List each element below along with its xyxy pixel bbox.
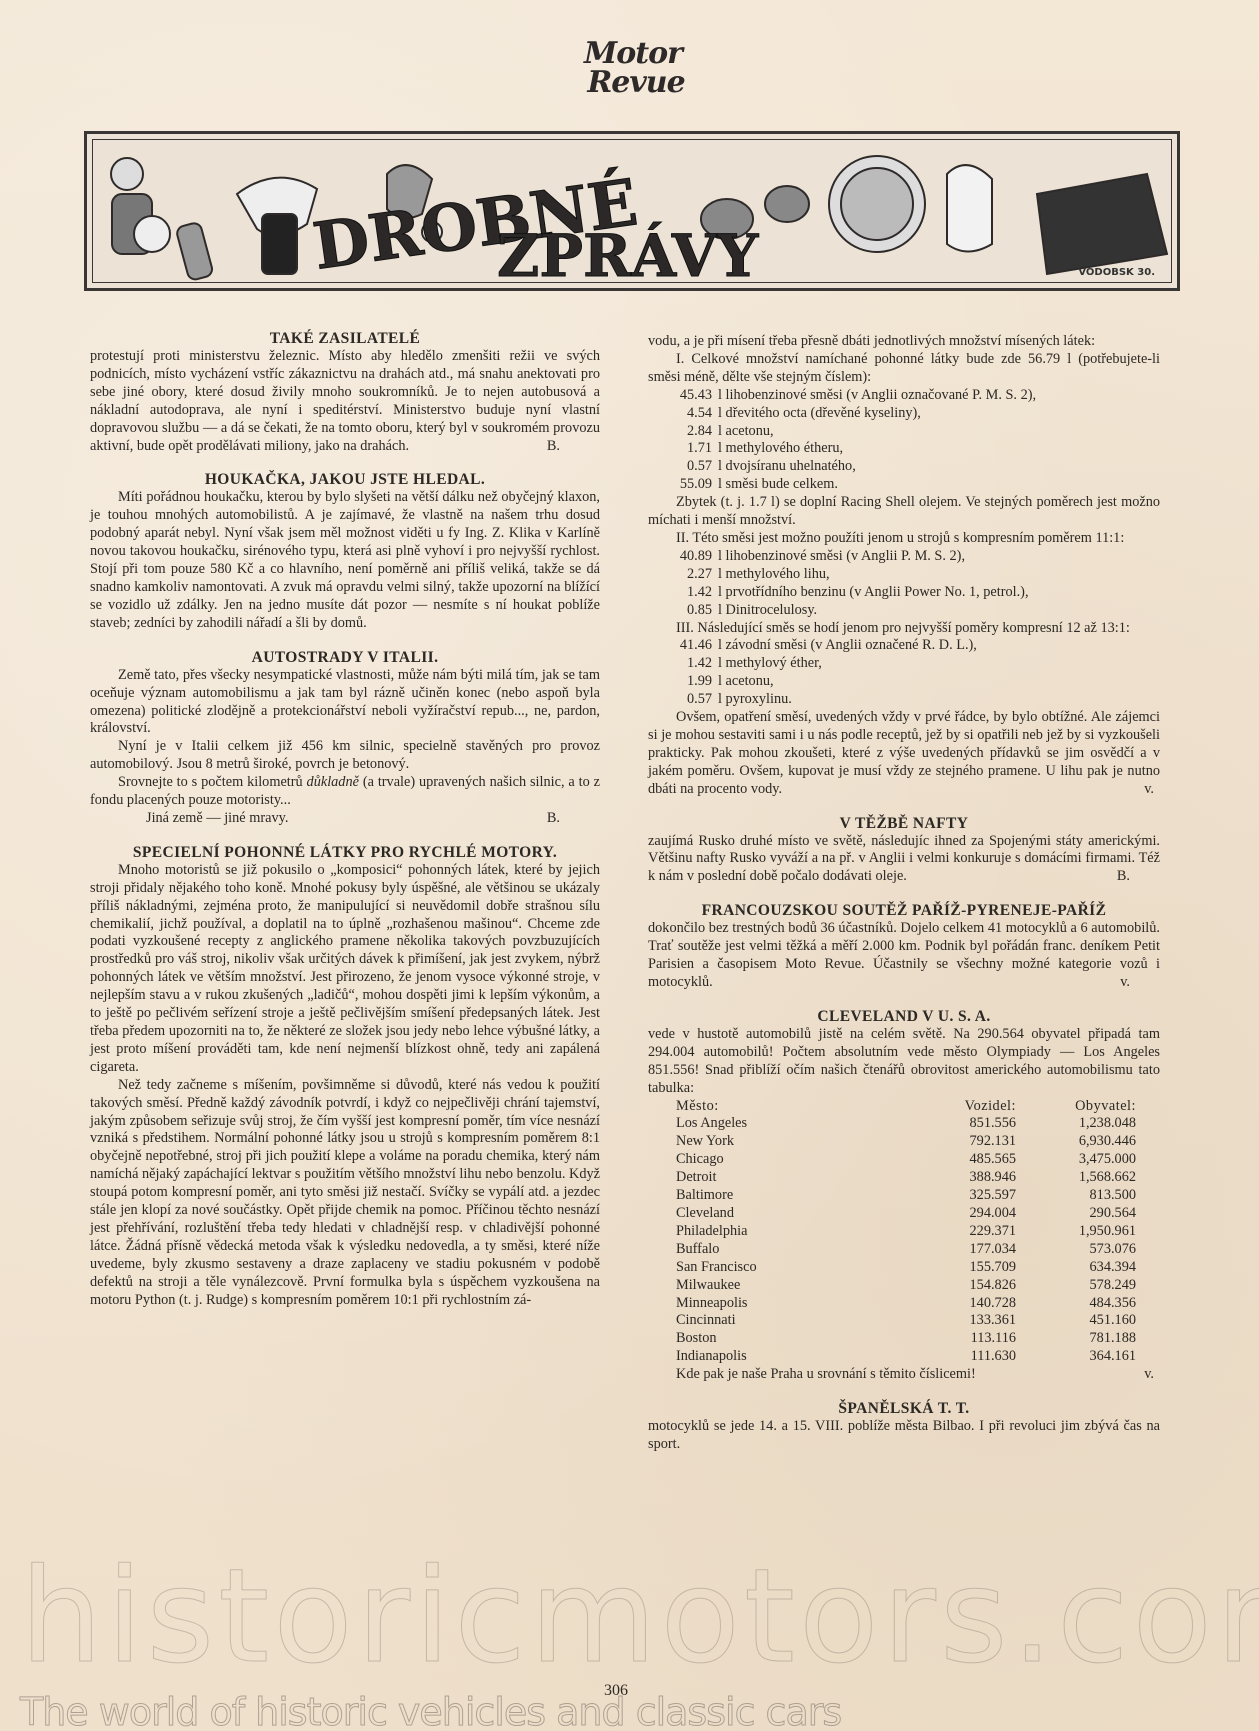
closing-line: Kde pak je naše Praha u srovnání s těmit…	[676, 1366, 976, 1384]
recipe-ingredient: l pyroxylinu.	[718, 691, 792, 709]
recipe-quantity: 0.85	[668, 602, 712, 620]
table-row: Detroit388.9461,568.662	[676, 1169, 1146, 1187]
population-count: 634.394	[1016, 1259, 1146, 1277]
table-row: Indianapolis111.630364.161	[676, 1348, 1146, 1366]
recipe-item: 1.71l methylového étheru,	[648, 440, 1160, 458]
vehicle-count: 113.116	[886, 1330, 1016, 1348]
vehicle-count: 140.728	[886, 1295, 1016, 1313]
city-name: Indianapolis	[676, 1348, 886, 1366]
article-autostrady-para2: Nyní je v Italii celkem již 456 km silni…	[90, 738, 600, 774]
recipe-ingredient: l Dinitrocelulosy.	[718, 602, 817, 620]
recipe-item: 0.85l Dinitrocelulosy.	[648, 602, 1160, 620]
recipe-item: 0.57l dvojsíranu uhelnatého,	[648, 458, 1160, 476]
heading-specielni-latky: SPECIELNÍ POHONNÉ LÁTKY PRO RYCHLÉ MOTOR…	[90, 844, 600, 862]
city-name: Los Angeles	[676, 1115, 886, 1133]
vehicle-count: 229.371	[886, 1223, 1016, 1241]
recipe-ingredient: l methylový éther,	[718, 655, 822, 673]
recipe-3-intro: III. Následující směs se hodí jenom pro …	[648, 620, 1160, 638]
population-count: 6,930.446	[1016, 1133, 1146, 1151]
recipe-quantity: 1.42	[668, 655, 712, 673]
recipe-ingredient: l směsi bude celkem.	[718, 476, 838, 494]
population-count: 781.188	[1016, 1330, 1146, 1348]
vehicle-count: 388.946	[886, 1169, 1016, 1187]
recipe-quantity: 0.57	[668, 458, 712, 476]
heading-francouzska-soutez: FRANCOUZSKOU SOUTĚŽ PAŘÍŽ-PYRENEJE-PAŘÍŽ	[648, 902, 1160, 920]
population-count: 813.500	[1016, 1187, 1146, 1205]
header-population: Obyvatel:	[1016, 1098, 1146, 1116]
article-signature: v.	[1144, 1366, 1160, 1384]
heading-cleveland: CLEVELAND V U. S. A.	[648, 1008, 1160, 1026]
latky-outro: Ovšem, opatření směsí, uvedených vždy v …	[648, 709, 1160, 799]
article-body: protestují proti ministerstvu železnic. …	[90, 348, 600, 455]
recipe-ingredient: l dřevitého octa (dřevěné kyseliny),	[718, 405, 921, 423]
recipe-1-intro: I. Celkové množství namíchané pohonné lá…	[648, 351, 1160, 387]
recipe-item: 4.54l dřevitého octa (dřevěné kyseliny),	[648, 405, 1160, 423]
recipe-item: 2.84l acetonu,	[648, 423, 1160, 441]
article-houkacka-body: Míti pořádnou houkačku, kterou by bylo s…	[90, 489, 600, 632]
recipe-item: 1.99l acetonu,	[648, 673, 1160, 691]
population-count: 484.356	[1016, 1295, 1146, 1313]
heading-autostrady: AUTOSTRADY V ITALII.	[90, 649, 600, 667]
recipe-quantity: 55.09	[668, 476, 712, 494]
banner-title-bottom: ZPRÁVY	[497, 222, 759, 288]
recipe-quantity: 1.71	[668, 440, 712, 458]
recipe-2-intro: II. Této směsi jest možno použíti jenom …	[648, 530, 1160, 548]
recipe-ingredient: l závodní směsi (v Anglii označené R. D.…	[718, 637, 977, 655]
recipe-ingredient: l methylového étheru,	[718, 440, 843, 458]
table-row: Buffalo177.034573.076	[676, 1241, 1146, 1259]
recipe-3-list: 41.46l závodní směsi (v Anglii označené …	[648, 637, 1160, 709]
article-autostrady-closing: Jiná země — jiné mravy. B.	[90, 810, 600, 828]
population-count: 364.161	[1016, 1348, 1146, 1366]
heading-take-zasilatele: TAKÉ ZASILATELÉ	[90, 330, 600, 348]
article-latky-para1: Mnoho motoristů se již pokusilo o „kompo…	[90, 862, 600, 1077]
table-row: New York792.1316,930.446	[676, 1133, 1146, 1151]
vehicle-count: 294.004	[886, 1205, 1016, 1223]
vehicle-count: 111.630	[886, 1348, 1016, 1366]
city-name: Cincinnati	[676, 1312, 886, 1330]
recipe-item: 1.42l methylový éther,	[648, 655, 1160, 673]
banner-illustration: DROBNÉ ZPRÁVY	[87, 134, 1177, 288]
heading-tezba-nafty: V TĚŽBĚ NAFTY	[648, 815, 1160, 833]
recipe-quantity: 1.42	[668, 584, 712, 602]
recipe-1-list: 45.43l lihobenzinové směsi (v Anglii ozn…	[648, 387, 1160, 494]
city-name: Philadelphia	[676, 1223, 886, 1241]
vehicle-count: 325.597	[886, 1187, 1016, 1205]
recipe-quantity: 2.27	[668, 566, 712, 584]
recipe-ingredient: l lihobenzinové směsi (v Anglii označova…	[718, 387, 1036, 405]
population-count: 1,238.048	[1016, 1115, 1146, 1133]
table-row: Philadelphia229.3711,950.961	[676, 1223, 1146, 1241]
article-cleveland-body: vede v hustotě automobilů jistě na celém…	[648, 1026, 1160, 1098]
recipe-quantity: 0.57	[668, 691, 712, 709]
city-vehicle-table: Město: Vozidel: Obyvatel: Los Angeles851…	[676, 1098, 1146, 1367]
city-name: Minneapolis	[676, 1295, 886, 1313]
recipe-item: 55.09l směsi bude celkem.	[648, 476, 1160, 494]
article-autostrady-para3: Srovnejte to s počtem kilometrů důkladně…	[90, 774, 600, 810]
table-body: Los Angeles851.5561,238.048New York792.1…	[676, 1115, 1146, 1366]
table-row: San Francisco155.709634.394	[676, 1259, 1146, 1277]
vehicle-count: 851.556	[886, 1115, 1016, 1133]
recipe-quantity: 41.46	[668, 637, 712, 655]
recipe-item: 2.27l methylového lihu,	[648, 566, 1160, 584]
population-count: 3,475.000	[1016, 1151, 1146, 1169]
population-count: 451.160	[1016, 1312, 1146, 1330]
recipe-1-outro: Zbytek (t. j. 1.7 l) se doplní Racing Sh…	[648, 494, 1160, 530]
section-banner: DROBNÉ ZPRÁVY VODOBSK 30.	[84, 131, 1180, 291]
vehicle-count: 133.361	[886, 1312, 1016, 1330]
population-count: 573.076	[1016, 1241, 1146, 1259]
table-row: Chicago485.5653,475.000	[676, 1151, 1146, 1169]
city-name: Milwaukee	[676, 1277, 886, 1295]
article-soutez-body: dokončilo bez trestných bodů 36 účastník…	[648, 920, 1160, 992]
latky-continuation: vodu, a je při mísení třeba přesně dbáti…	[648, 333, 1160, 351]
vehicle-count: 485.565	[886, 1151, 1016, 1169]
population-count: 1,568.662	[1016, 1169, 1146, 1187]
population-count: 578.249	[1016, 1277, 1146, 1295]
table-row: Minneapolis140.728484.356	[676, 1295, 1146, 1313]
article-signature: B.	[1117, 868, 1160, 886]
article-nafta-body: zaujímá Rusko druhé místo ve světě, násl…	[648, 833, 1160, 887]
recipe-ingredient: l lihobenzinové směsi (v Anglii P. M. S.…	[718, 548, 965, 566]
cleveland-closing: Kde pak je naše Praha u srovnání s těmit…	[648, 1366, 1160, 1384]
recipe-item: 0.57l pyroxylinu.	[648, 691, 1160, 709]
recipe-ingredient: l methylového lihu,	[718, 566, 830, 584]
recipe-quantity: 2.84	[668, 423, 712, 441]
recipe-quantity: 40.89	[668, 548, 712, 566]
recipe-quantity: 4.54	[668, 405, 712, 423]
recipe-ingredient: l acetonu,	[718, 423, 774, 441]
city-name: Boston	[676, 1330, 886, 1348]
city-name: Cleveland	[676, 1205, 886, 1223]
logo-line-2: Revue	[584, 69, 688, 98]
watermark-tagline: The world of historic vehicles and class…	[20, 1690, 841, 1731]
vehicle-count: 155.709	[886, 1259, 1016, 1277]
vehicle-count: 177.034	[886, 1241, 1016, 1259]
masthead-logo: Motor Revue	[578, 40, 688, 97]
left-column: TAKÉ ZASILATELÉ protestují proti ministe…	[90, 330, 600, 1310]
table-row: Baltimore325.597813.500	[676, 1187, 1146, 1205]
city-name: Baltimore	[676, 1187, 886, 1205]
recipe-ingredient: l dvojsíranu uhelnatého,	[718, 458, 856, 476]
city-name: Buffalo	[676, 1241, 886, 1259]
population-count: 1,950.961	[1016, 1223, 1146, 1241]
population-count: 290.564	[1016, 1205, 1146, 1223]
vehicle-count: 154.826	[886, 1277, 1016, 1295]
header-city: Město:	[676, 1098, 886, 1116]
city-name: Detroit	[676, 1169, 886, 1187]
table-row: Milwaukee154.826578.249	[676, 1277, 1146, 1295]
watermark-large: historicmotors.com	[20, 1540, 1259, 1692]
table-row: Cleveland294.004290.564	[676, 1205, 1146, 1223]
article-spanelska-body: motocyklů se jede 14. a 15. VIII. poblíž…	[648, 1418, 1160, 1454]
city-name: New York	[676, 1133, 886, 1151]
table-row: Los Angeles851.5561,238.048	[676, 1115, 1146, 1133]
heading-houkacka: HOUKAČKA, JAKOU JSTE HLEDAL.	[90, 471, 600, 489]
table-header: Město: Vozidel: Obyvatel:	[676, 1098, 1146, 1116]
recipe-quantity: 1.99	[668, 673, 712, 691]
heading-spanelska-tt: ŠPANĚLSKÁ T. T.	[648, 1400, 1160, 1418]
recipe-item: 1.42l prvotřídního benzinu (v Anglii Pow…	[648, 584, 1160, 602]
article-autostrady-para1: Země tato, přes všecky nesympatické vlas…	[90, 667, 600, 739]
city-name: San Francisco	[676, 1259, 886, 1277]
table-row: Cincinnati133.361451.160	[676, 1312, 1146, 1330]
header-vehicles: Vozidel:	[886, 1098, 1016, 1116]
closing-line: Jiná země — jiné mravy.	[118, 810, 288, 828]
table-row: Boston113.116781.188	[676, 1330, 1146, 1348]
vehicle-count: 792.131	[886, 1133, 1016, 1151]
city-name: Chicago	[676, 1151, 886, 1169]
article-signature: v.	[1120, 974, 1160, 992]
article-signature: B.	[547, 438, 600, 456]
article-signature: B.	[519, 810, 600, 828]
recipe-item: 40.89l lihobenzinové směsi (v Anglii P. …	[648, 548, 1160, 566]
recipe-ingredient: l acetonu,	[718, 673, 774, 691]
recipe-ingredient: l prvotřídního benzinu (v Anglii Power N…	[718, 584, 1029, 602]
right-column: vodu, a je při mísení třeba přesně dbáti…	[648, 333, 1160, 1454]
article-take-zasilatele: protestují proti ministerstvu železnic. …	[90, 348, 600, 455]
recipe-2-list: 40.89l lihobenzinové směsi (v Anglii P. …	[648, 548, 1160, 620]
article-signature: v.	[1116, 781, 1160, 799]
banner-signature: VODOBSK 30.	[1078, 267, 1155, 278]
article-latky-para2: Než tedy začneme s míšením, povšimněme s…	[90, 1077, 600, 1310]
recipe-quantity: 45.43	[668, 387, 712, 405]
recipe-item: 41.46l závodní směsi (v Anglii označené …	[648, 637, 1160, 655]
recipe-item: 45.43l lihobenzinové směsi (v Anglii ozn…	[648, 387, 1160, 405]
